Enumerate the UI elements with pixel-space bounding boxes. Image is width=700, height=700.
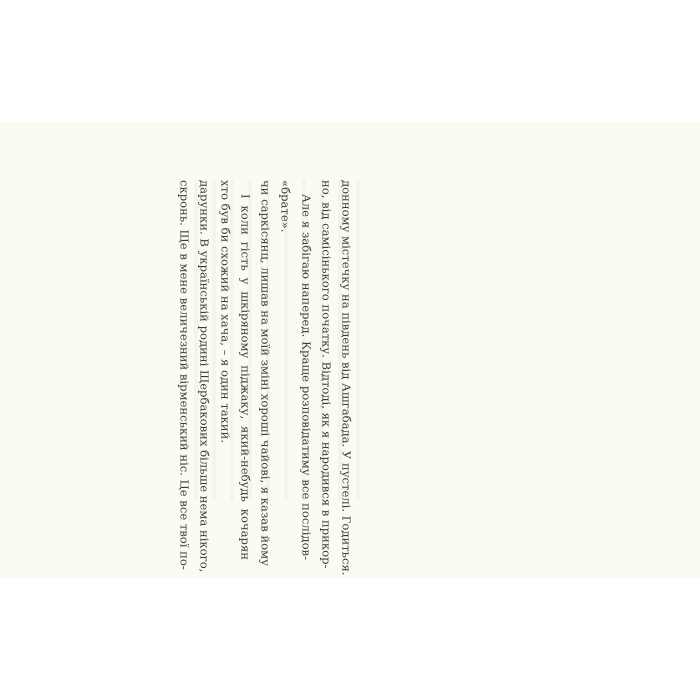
text-line: «брате». xyxy=(275,180,295,560)
text-line: дарунки. В українській родині Щербакових… xyxy=(194,180,214,560)
text-line: І коли гість у шкіряному піджаку, який-н… xyxy=(235,180,255,560)
text-line: скронь. Ще в мене величезний вірменський… xyxy=(174,180,194,560)
rotated-text-column: скронь. Ще в мене величезний вірменський… xyxy=(174,180,357,560)
text-line: хто був би схожий на хача, – я один таки… xyxy=(215,180,235,560)
text-line: но, від самісінького початку. Відтоді, я… xyxy=(316,180,336,560)
text-line: Але я забігаю наперед. Краще розповідати… xyxy=(296,180,316,560)
text-line: чи саркісянц, лишав на моїй зміні хороші… xyxy=(255,180,275,560)
text-block: скронь. Ще в мене величезний вірменський… xyxy=(174,180,564,560)
text-line: донному містечку на південь від Ашгабада… xyxy=(336,180,356,560)
